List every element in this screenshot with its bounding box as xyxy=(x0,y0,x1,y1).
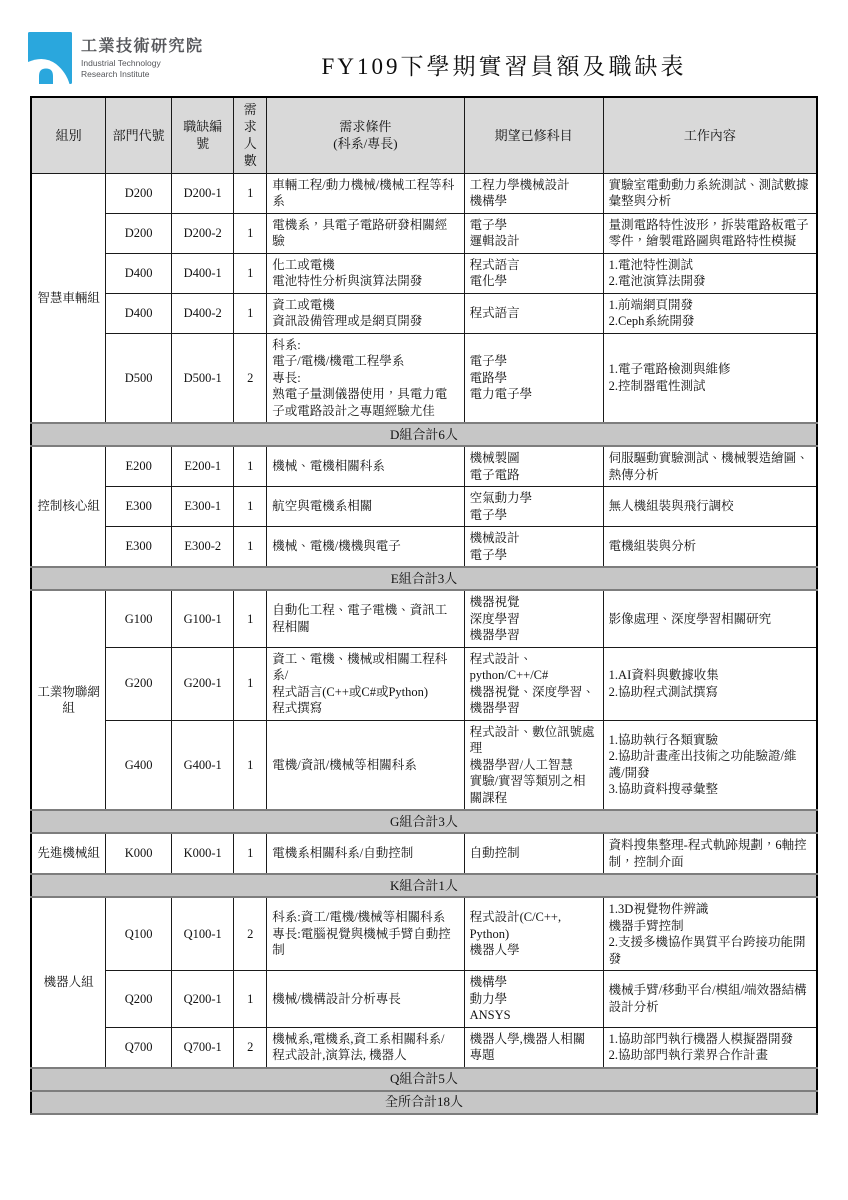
headcount-cell: 2 xyxy=(234,897,267,971)
col-header-courses: 期望已修科目 xyxy=(464,97,603,173)
courses-cell: 機器視覺 深度學習 機器學習 xyxy=(464,590,603,647)
requirements-cell: 科系:資工/電機/機械等相關科系 專長:電腦視覺與機械手臂自動控制 xyxy=(267,897,464,971)
table-row: D400D400-11化工或電機 電池特性分析與演算法開發程式語言 電化學1.電… xyxy=(31,253,817,293)
courses-cell: 工程力學機械設計 機構學 xyxy=(464,173,603,213)
work-content-cell: 1.電池特性測試 2.電池演算法開發 xyxy=(603,253,817,293)
work-content-cell: 量測電路特性波形，拆裝電路板電子零件，繪製電路圖與電路特性模擬 xyxy=(603,213,817,253)
table-row: D400D400-21資工或電機 資訊設備管理或是網頁開發程式語言1.前端網頁開… xyxy=(31,293,817,333)
headcount-cell: 1 xyxy=(234,590,267,647)
requirements-cell: 科系: 電子/電機/機電工程學系 專長: 熟電子量測儀器使用，具電力電子或電路設… xyxy=(267,333,464,423)
grand-total-cell: 全所合計18人 xyxy=(31,1091,817,1114)
job-code-cell: D400-2 xyxy=(172,293,234,333)
job-code-cell: E300-2 xyxy=(172,527,234,568)
work-content-cell: 無人機組裝與飛行調校 xyxy=(603,487,817,527)
subtotal-row: E組合計3人 xyxy=(31,567,817,590)
courses-cell: 程式語言 xyxy=(464,293,603,333)
requirements-cell: 化工或電機 電池特性分析與演算法開發 xyxy=(267,253,464,293)
work-content-cell: 電機組裝與分析 xyxy=(603,527,817,568)
requirements-cell: 電機/資訊/機械等相關科系 xyxy=(267,720,464,810)
headcount-cell: 2 xyxy=(234,1027,267,1068)
job-code-cell: K000-1 xyxy=(172,833,234,874)
subtotal-row: K組合計1人 xyxy=(31,874,817,897)
work-content-cell: 1.協助執行各類實驗 2.協助計畫產出技術之功能驗證/維護/開發 3.協助資料搜… xyxy=(603,720,817,810)
work-content-cell: 實驗室電動動力系統測試、測試數據彙整與分析 xyxy=(603,173,817,213)
dept-code-cell: E300 xyxy=(106,487,172,527)
job-code-cell: D500-1 xyxy=(172,333,234,423)
dept-code-cell: G200 xyxy=(106,647,172,720)
col-header-job-code: 職缺編號 xyxy=(172,97,234,173)
dept-code-cell: D200 xyxy=(106,213,172,253)
table-body: 智慧車輛組D200D200-11車輛工程/動力機械/機械工程等科系工程力學機械設… xyxy=(31,173,817,1114)
requirements-cell: 電機系，具電子電路研發相關經驗 xyxy=(267,213,464,253)
headcount-cell: 1 xyxy=(234,487,267,527)
page: 工業技術研究院 Industrial Technology Research I… xyxy=(0,0,848,1200)
dept-code-cell: E200 xyxy=(106,446,172,487)
work-content-cell: 1.AI資料與數據收集 2.協助程式測試撰寫 xyxy=(603,647,817,720)
work-content-cell: 1.電子電路檢測與維修 2.控制器電性測試 xyxy=(603,333,817,423)
headcount-cell: 2 xyxy=(234,333,267,423)
col-header-work-content: 工作內容 xyxy=(603,97,817,173)
subtotal-row: Q組合計5人 xyxy=(31,1068,817,1091)
table-row: G400G400-11電機/資訊/機械等相關科系程式設計、數位訊號處理 機器學習… xyxy=(31,720,817,810)
courses-cell: 程式設計、數位訊號處理 機器學習/人工智慧 實驗/實習等類別之相關課程 xyxy=(464,720,603,810)
headcount-cell: 1 xyxy=(234,833,267,874)
dept-code-cell: D400 xyxy=(106,253,172,293)
table-row: 智慧車輛組D200D200-11車輛工程/動力機械/機械工程等科系工程力學機械設… xyxy=(31,173,817,213)
courses-cell: 機器人學,機器人相關專題 xyxy=(464,1027,603,1068)
group-cell: 工業物聯網組 xyxy=(31,590,106,810)
col-header-headcount: 需求 人數 xyxy=(234,97,267,173)
work-content-cell: 影像處理、深度學習相關研究 xyxy=(603,590,817,647)
subtotal-cell: E組合計3人 xyxy=(31,567,817,590)
headcount-cell: 1 xyxy=(234,213,267,253)
subtotal-row: G組合計3人 xyxy=(31,810,817,833)
headcount-cell: 1 xyxy=(234,293,267,333)
group-cell: 先進機械組 xyxy=(31,833,106,874)
courses-cell: 程式設計(C/C++, Python) 機器人學 xyxy=(464,897,603,971)
headcount-cell: 1 xyxy=(234,527,267,568)
vacancy-table: 組別 部門代號 職缺編號 需求 人數 需求條件 (科系/專長) 期望已修科目 工… xyxy=(30,96,818,1115)
work-content-cell: 伺服驅動實驗測試、機械製造繪圖、熱傳分析 xyxy=(603,446,817,487)
courses-cell: 機械製圖 電子電路 xyxy=(464,446,603,487)
work-content-cell: 1.3D視覺物件辨識 機器手臂控制 2.支援多機協作異質平台跨接功能開發 xyxy=(603,897,817,971)
requirements-cell: 資工、電機、機械或相關工程科系/ 程式語言(C++或C#或Python) 程式撰… xyxy=(267,647,464,720)
table-row: 先進機械組K000K000-11電機系相關科系/自動控制自動控制資料搜集整理-程… xyxy=(31,833,817,874)
subtotal-cell: K組合計1人 xyxy=(31,874,817,897)
courses-cell: 機械設計 電子學 xyxy=(464,527,603,568)
dept-code-cell: Q100 xyxy=(106,897,172,971)
job-code-cell: E300-1 xyxy=(172,487,234,527)
col-header-requirements: 需求條件 (科系/專長) xyxy=(267,97,464,173)
col-header-group: 組別 xyxy=(31,97,106,173)
dept-code-cell: E300 xyxy=(106,527,172,568)
courses-cell: 機構學 動力學 ANSYS xyxy=(464,971,603,1028)
table-row: D500D500-12科系: 電子/電機/機電工程學系 專長: 熟電子量測儀器使… xyxy=(31,333,817,423)
requirements-cell: 機械系,電機系,資工系相關科系/ 程式設計,演算法, 機器人 xyxy=(267,1027,464,1068)
courses-cell: 程式語言 電化學 xyxy=(464,253,603,293)
table-row: Q200Q200-11機械/機構設計分析專長機構學 動力學 ANSYS機械手臂/… xyxy=(31,971,817,1028)
subtotal-cell: Q組合計5人 xyxy=(31,1068,817,1091)
page-header: 工業技術研究院 Industrial Technology Research I… xyxy=(0,0,848,96)
dept-code-cell: Q700 xyxy=(106,1027,172,1068)
headcount-cell: 1 xyxy=(234,720,267,810)
job-code-cell: G100-1 xyxy=(172,590,234,647)
subtotal-cell: D組合計6人 xyxy=(31,423,817,446)
headcount-cell: 1 xyxy=(234,971,267,1028)
col-header-dept-code: 部門代號 xyxy=(106,97,172,173)
dept-code-cell: D200 xyxy=(106,173,172,213)
job-code-cell: G200-1 xyxy=(172,647,234,720)
header-row: 組別 部門代號 職缺編號 需求 人數 需求條件 (科系/專長) 期望已修科目 工… xyxy=(31,97,817,173)
courses-cell: 程式設計、 python/C++/C# 機器視覺、深度學習、機器學習 xyxy=(464,647,603,720)
requirements-cell: 資工或電機 資訊設備管理或是網頁開發 xyxy=(267,293,464,333)
dept-code-cell: Q200 xyxy=(106,971,172,1028)
dept-code-cell: G400 xyxy=(106,720,172,810)
group-cell: 機器人組 xyxy=(31,897,106,1068)
table-row: Q700Q700-12機械系,電機系,資工系相關科系/ 程式設計,演算法, 機器… xyxy=(31,1027,817,1068)
job-code-cell: D400-1 xyxy=(172,253,234,293)
page-title: FY109下學期實習員額及職缺表 xyxy=(170,48,838,81)
headcount-cell: 1 xyxy=(234,173,267,213)
work-content-cell: 1.前端網頁開發 2.Ceph系統開發 xyxy=(603,293,817,333)
table-row: G200G200-11資工、電機、機械或相關工程科系/ 程式語言(C++或C#或… xyxy=(31,647,817,720)
group-cell: 控制核心組 xyxy=(31,446,106,567)
work-content-cell: 1.協助部門執行機器人模擬器開發 2.協助部門執行業界合作計畫 xyxy=(603,1027,817,1068)
table-row: D200D200-21電機系，具電子電路研發相關經驗電子學 邏輯設計量測電路特性… xyxy=(31,213,817,253)
courses-cell: 電子學 邏輯設計 xyxy=(464,213,603,253)
grand-total-row: 全所合計18人 xyxy=(31,1091,817,1114)
dept-code-cell: D500 xyxy=(106,333,172,423)
requirements-cell: 航空與電機系相關 xyxy=(267,487,464,527)
itri-logo-icon xyxy=(28,32,72,84)
headcount-cell: 1 xyxy=(234,647,267,720)
requirements-cell: 機械、電機/機機與電子 xyxy=(267,527,464,568)
table-head: 組別 部門代號 職缺編號 需求 人數 需求條件 (科系/專長) 期望已修科目 工… xyxy=(31,97,817,173)
table-row: 控制核心組E200E200-11機械、電機相關科系機械製圖 電子電路伺服驅動實驗… xyxy=(31,446,817,487)
courses-cell: 空氣動力學 電子學 xyxy=(464,487,603,527)
table-row: E300E300-11航空與電機系相關空氣動力學 電子學無人機組裝與飛行調校 xyxy=(31,487,817,527)
work-content-cell: 機械手臂/移動平台/模組/端效器結構設計分析 xyxy=(603,971,817,1028)
work-content-cell: 資料搜集整理-程式軌跡規劃，6軸控制，控制介面 xyxy=(603,833,817,874)
job-code-cell: Q100-1 xyxy=(172,897,234,971)
headcount-cell: 1 xyxy=(234,446,267,487)
dept-code-cell: D400 xyxy=(106,293,172,333)
job-code-cell: G400-1 xyxy=(172,720,234,810)
requirements-cell: 機械/機構設計分析專長 xyxy=(267,971,464,1028)
requirements-cell: 機械、電機相關科系 xyxy=(267,446,464,487)
job-code-cell: E200-1 xyxy=(172,446,234,487)
courses-cell: 自動控制 xyxy=(464,833,603,874)
subtotal-cell: G組合計3人 xyxy=(31,810,817,833)
group-cell: 智慧車輛組 xyxy=(31,173,106,423)
courses-cell: 電子學 電路學 電力電子學 xyxy=(464,333,603,423)
table-row: 機器人組Q100Q100-12科系:資工/電機/機械等相關科系 專長:電腦視覺與… xyxy=(31,897,817,971)
requirements-cell: 自動化工程、電子電機、資訊工程相關 xyxy=(267,590,464,647)
headcount-cell: 1 xyxy=(234,253,267,293)
job-code-cell: Q200-1 xyxy=(172,971,234,1028)
dept-code-cell: G100 xyxy=(106,590,172,647)
requirements-cell: 車輛工程/動力機械/機械工程等科系 xyxy=(267,173,464,213)
job-code-cell: D200-2 xyxy=(172,213,234,253)
dept-code-cell: K000 xyxy=(106,833,172,874)
table-row: 工業物聯網組G100G100-11自動化工程、電子電機、資訊工程相關機器視覺 深… xyxy=(31,590,817,647)
table-row: E300E300-21機械、電機/機機與電子機械設計 電子學電機組裝與分析 xyxy=(31,527,817,568)
job-code-cell: Q700-1 xyxy=(172,1027,234,1068)
requirements-cell: 電機系相關科系/自動控制 xyxy=(267,833,464,874)
job-code-cell: D200-1 xyxy=(172,173,234,213)
subtotal-row: D組合計6人 xyxy=(31,423,817,446)
